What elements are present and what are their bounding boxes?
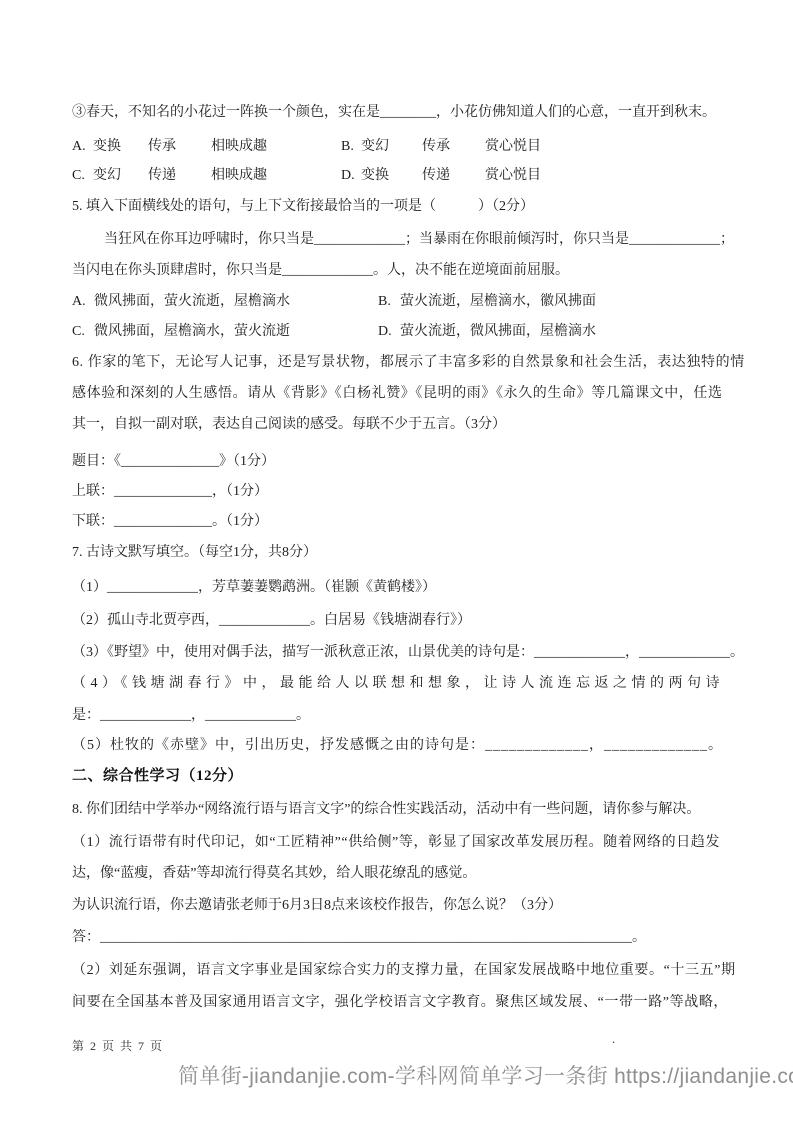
q7-item2: （2）孤山寺北贾亭西，_____________。白居易《钱塘湖春行》） [72,611,471,630]
option-d-label: D. [378,322,392,341]
q8-part2-line1: （2）刘延东强调，语言文字事业是国家综合实力的支撑力量，在国家发展战略中地位重要… [72,961,736,980]
option-b-phrase: 萤火流逝，屋檐滴水，徽风拂面 [400,292,596,311]
option-b-word3: 赏心悦目 [485,137,541,156]
option-b-word1: 变幻 [361,137,389,156]
q5-body-line1: 当狂风在你耳边呼啸时，你只当是_____________；当暴雨在你眼前倾泻时，… [104,230,734,249]
option-b-word2: 传承 [422,137,450,156]
q7-item5: （5）杜牧的《赤壁》中，引出历史，抒发感慨之由的诗句是：____________… [72,736,723,755]
option-d-label: D. [341,166,355,185]
option-d-word2: 传递 [422,166,450,185]
q7-stem: 7. 古诗文默写填空。（每空1分，共8分） [72,543,317,562]
section-2-heading: 二、综合性学习（12分） [72,767,243,786]
q7-item4-line1: （4）《钱塘湖春行》中，最能给人以联想和想象，让诗人流连忘返之情的两句诗 [72,674,724,693]
option-a-word2: 传承 [148,137,176,156]
option-d-word1: 变换 [361,166,389,185]
option-d-word3: 赏心悦目 [485,166,541,185]
option-b-label: B. [341,137,354,156]
option-c-phrase: 微风拂面，屋檐滴水，萤火流逝 [94,322,290,341]
option-c-label: C. [72,322,85,341]
q8-answer-blank-line: 答：______________________________________… [72,928,646,947]
option-a-label: A. [72,137,86,156]
q6-upper-couplet-line: 上联：______________，（1分） [72,482,268,501]
q8-part1-prompt: 为认识流行语，你去邀请张老师于6月3日8点来该校作报告，你怎么说？（3分） [72,896,562,915]
option-a-word3: 相映成趣 [211,137,267,156]
q7-item3: （3）《野望》中，使用对偶手法，描写一派秋意正浓，山景优美的诗句是：______… [72,643,744,662]
q7-item1: （1）_____________，芳草萋萋鹦鹉洲。（崔颢《黄鹤楼》） [72,578,436,597]
q6-stem-line3: 其一，自拟一副对联，表达自己阅读的感受。每联不少于五言。（3分） [72,415,506,434]
stray-dot-mark: . [612,1031,615,1047]
exam-document-page: ③春天，不知名的小花过一阵换一个颜色，实在是________，小花仿佛知道人们的… [0,0,793,1122]
option-d-phrase: 萤火流逝，微风拂面，屋檐滴水 [400,322,596,341]
q5-body-line2: 当闪电在你头顶肆虐时，你只当是_____________。人，决不能在逆境面前屈… [72,261,569,280]
q4-item3-text: ③春天，不知名的小花过一阵换一个颜色，实在是________，小花仿佛知道人们的… [72,103,716,122]
q6-title-blank-line: 题目：《______________》（1分） [72,452,275,471]
q8-part1-line2: 达，像“蓝瘦，香菇”等却流行得莫名其妙，给人眼花缭乱的感觉。 [72,864,476,883]
page-number-indicator: 第 2 页 共 7 页 [72,1037,164,1054]
option-c-word3: 相映成趣 [211,166,267,185]
q7-item4-line2: 是：_____________，_____________。 [72,706,310,725]
option-a-label: A. [72,292,86,311]
q8-stem: 8. 你们团结中学举办“网络流行语与语言文字”的综合性实践活动，活动中有一些问题… [72,800,700,819]
option-c-label: C. [72,166,85,185]
option-a-word1: 变换 [93,137,121,156]
q6-stem-line2: 感体验和深刻的人生感悟。请从《背影》《白杨礼赞》《昆明的雨》《永久的生命》等几篇… [72,384,723,403]
q5-stem: 5. 填入下面横线处的语句，与上下文衔接最恰当的一项是（ ）（2分） [72,197,534,216]
option-c-word2: 传递 [148,166,176,185]
option-b-label: B. [378,292,391,311]
option-c-word1: 变幻 [93,166,121,185]
q6-stem-line1: 6. 作家的笔下，无论写人记事，还是写景状物，都展示了丰富多彩的自然景象和社会生… [72,353,745,372]
q8-part1-line1: （1）流行语带有时代印记，如“工匠精神”“供给侧”等，彰显了国家改革发展历程。随… [72,833,720,852]
q6-lower-couplet-line: 下联：______________。（1分） [72,512,268,531]
watermark-text: 简单街-jiandanjie.com-学科网简单学习一条街 https://ji… [178,1060,793,1090]
q8-part2-line2: 间要在全国基本普及国家通用语言文字，强化学校语言文字教育。聚焦区域发展、“一带一… [72,993,728,1012]
option-a-phrase: 微风拂面，萤火流逝，屋檐滴水 [94,292,290,311]
